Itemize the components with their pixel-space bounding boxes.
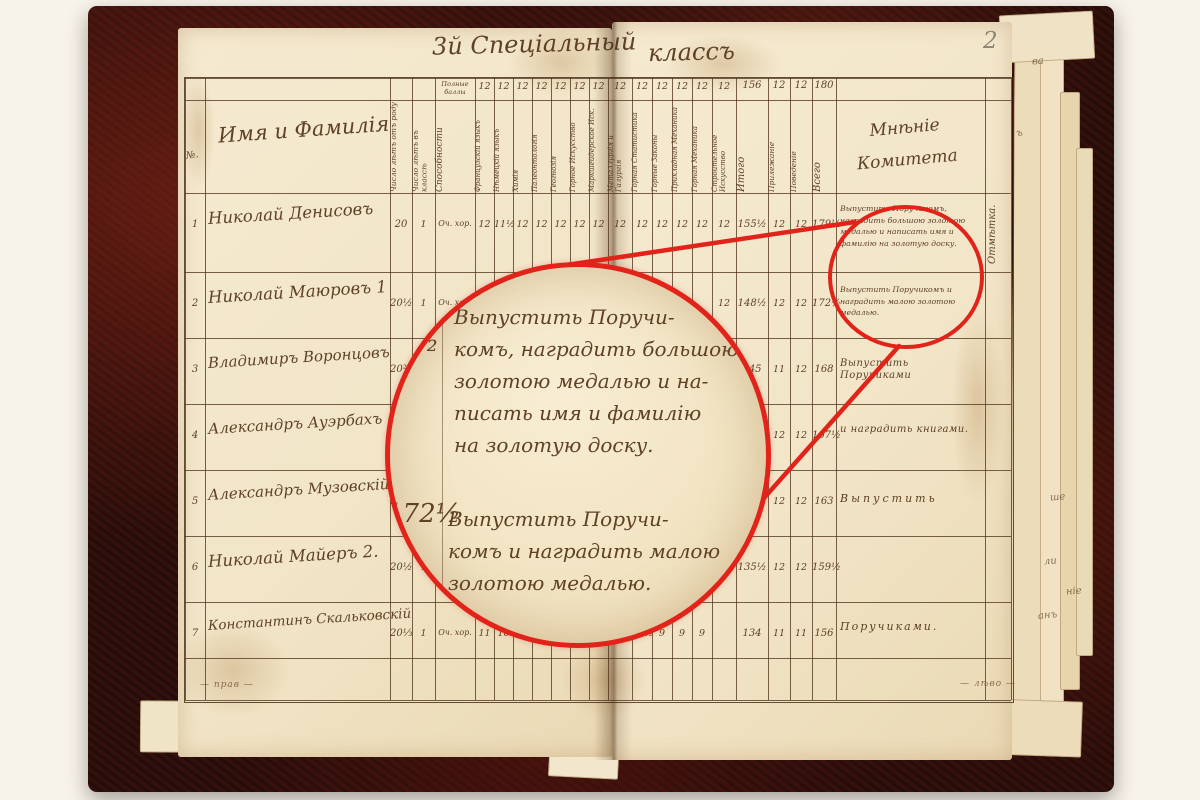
age-cell: 20 <box>390 219 412 230</box>
row-number: 3 <box>185 364 205 375</box>
page-corner-top-right <box>999 11 1095 64</box>
vsego-cell: 168 <box>812 364 836 375</box>
years-cell: 1 <box>412 219 435 230</box>
header-info: Число лѣтъ отъ роду <box>390 101 412 192</box>
loupe-opinion-2: Выпустить Поручи- комъ и наградить малою… <box>448 503 750 599</box>
header-subject: Геогнозія <box>551 101 570 192</box>
row-number: 5 <box>185 496 205 507</box>
years-cell: 1 <box>412 628 435 639</box>
max-mark: 12 <box>632 81 652 92</box>
row-number: 4 <box>185 430 205 441</box>
binder-note-right: — лѣво — <box>960 679 1016 689</box>
header-total: Всего <box>812 101 836 192</box>
photo-stage: 3й Спеціальный классъ 2 — прав — — лѣво … <box>0 0 1200 800</box>
table-vline <box>205 78 206 700</box>
prilezhanie-cell: 12 <box>768 430 790 441</box>
table-vline <box>985 78 986 700</box>
edge-fragment: ъ <box>1016 128 1024 140</box>
age-cell: 20½ <box>390 298 412 309</box>
header-total: Итого <box>736 101 768 192</box>
edge-fragment: ли <box>1044 555 1058 567</box>
row-number: 6 <box>185 562 205 573</box>
header-full-marks: Полные баллы <box>436 80 474 96</box>
table-vline <box>185 78 186 700</box>
header-subject: Горная Статистика <box>632 101 652 192</box>
page-number: 2 <box>983 28 998 54</box>
magnifier-circle: 9½ Выпустить Поручи- комъ, наградить бол… <box>385 262 771 648</box>
row-number: 7 <box>185 628 205 639</box>
vsego-cell: 163 <box>812 496 836 507</box>
header-total: Прилежаніе <box>768 101 790 192</box>
header-subject: Горное Искусство <box>570 101 589 192</box>
header-subject: Строительное Искусство <box>712 101 736 192</box>
opinion-cell: Выпустить <box>840 492 980 505</box>
max-mark: 12 <box>513 81 532 92</box>
mark-cell: 11½ <box>494 219 513 230</box>
max-mark: 12 <box>712 81 736 92</box>
table-vline <box>836 78 837 700</box>
age-cell: 20½ <box>390 562 412 573</box>
povedenie-cell: 12 <box>790 298 812 309</box>
vsego-cell: 179½ <box>812 219 836 230</box>
mark-cell: 12 <box>632 219 652 230</box>
mark-cell: 9 <box>692 628 712 639</box>
opinion-cell: Поручиками. <box>840 620 980 633</box>
max-mark: 12 <box>494 81 513 92</box>
vsego-cell: 167½ <box>812 430 836 441</box>
max-itogo: 156 <box>736 80 768 91</box>
mark-cell: 12 <box>475 219 494 230</box>
povedenie-cell: 12 <box>790 430 812 441</box>
header-info: Число лѣтъ въ классѣ <box>412 101 435 192</box>
itogo-cell: 155½ <box>736 219 768 230</box>
page-stack-edge <box>1076 148 1093 656</box>
header-otmetka: Отмѣтка. <box>987 96 1011 264</box>
row-number: 1 <box>185 219 205 230</box>
loupe-total-1: 9½ <box>396 327 439 358</box>
edge-fragment: анъ <box>1038 609 1058 622</box>
loupe-column-line <box>442 279 443 631</box>
edge-fragment: ва <box>1032 56 1045 68</box>
max-mark: 12 <box>475 81 494 92</box>
max-povedenie: 12 <box>790 80 812 91</box>
povedenie-cell: 12 <box>790 496 812 507</box>
edge-fragment: ніе <box>1066 585 1083 597</box>
paper-stain <box>950 300 1006 510</box>
mark-cell: 12 <box>672 219 692 230</box>
mark-cell: 11 <box>475 628 494 639</box>
loupe-opinion-1: Выпустить Поручи- комъ, наградить большо… <box>454 301 756 461</box>
header-subject: Палеонтологія <box>532 101 551 192</box>
header-subject: Горные Законы <box>652 101 672 192</box>
header-subject: Горная Механика <box>692 101 712 192</box>
max-prilezhanie: 12 <box>768 80 790 91</box>
max-vsego: 180 <box>812 80 836 91</box>
itogo-cell: 134 <box>736 628 768 639</box>
max-mark: 12 <box>532 81 551 92</box>
age-cell: 20⅓ <box>390 628 412 639</box>
mark-cell: 12 <box>513 219 532 230</box>
mark-cell: 12 <box>570 219 589 230</box>
mark-cell: 12 <box>551 219 570 230</box>
header-opinion: Мнѣніе Комитета <box>837 106 974 182</box>
mark-cell: 12 <box>692 219 712 230</box>
mark-cell: 12 <box>712 219 736 230</box>
opinion-cell: Выпустить Поручикомъ и наградить малою з… <box>840 284 980 319</box>
header-subject: Нѣмецкій языкъ <box>494 101 513 192</box>
prilezhanie-cell: 11 <box>768 628 790 639</box>
vsego-cell: 172½ <box>812 298 836 309</box>
prilezhanie-cell: 12 <box>768 219 790 230</box>
opinion-cell: Выпустить Поручиками <box>840 358 980 382</box>
table-vline <box>1011 78 1012 700</box>
mark-cell: 12 <box>532 219 551 230</box>
povedenie-cell: 12 <box>790 364 812 375</box>
prilezhanie-cell: 12 <box>768 562 790 573</box>
vsego-cell: 159½ <box>812 562 836 573</box>
header-subject: Прикладная Механика <box>672 101 692 192</box>
prilezhanie-cell: 11 <box>768 364 790 375</box>
max-mark: 12 <box>551 81 570 92</box>
max-mark: 12 <box>652 81 672 92</box>
header-num: №. <box>185 149 199 162</box>
ability-cell: Оч. хор. <box>435 219 475 228</box>
header-subject: Французскій языкъ <box>475 101 494 192</box>
povedenie-cell: 12 <box>790 562 812 573</box>
class-title-right: классъ <box>648 37 736 67</box>
vsego-cell: 156 <box>812 628 836 639</box>
max-mark: 12 <box>570 81 589 92</box>
header-total: Поведеніе <box>790 101 812 192</box>
paper-stain <box>182 68 216 192</box>
opinion-cell: и наградить книгами. <box>840 424 980 436</box>
binder-note-left: — прав — <box>200 680 254 690</box>
ability-cell: Оч. хор. <box>435 628 475 637</box>
mark-cell: 12 <box>652 219 672 230</box>
povedenie-cell: 12 <box>790 219 812 230</box>
edge-fragment: ше <box>1050 491 1066 503</box>
row-number: 2 <box>185 298 205 309</box>
header-info: Способности <box>435 101 475 192</box>
header-subject: Химія <box>513 101 532 192</box>
prilezhanie-cell: 12 <box>768 496 790 507</box>
mark-cell: 9 <box>672 628 692 639</box>
years-cell: 1 <box>412 298 435 309</box>
opinion-cell: Выпустить Поручикомъ, наградить большою … <box>840 203 980 250</box>
max-mark: 12 <box>672 81 692 92</box>
povedenie-cell: 11 <box>790 628 812 639</box>
max-mark: 12 <box>692 81 712 92</box>
prilezhanie-cell: 12 <box>768 298 790 309</box>
